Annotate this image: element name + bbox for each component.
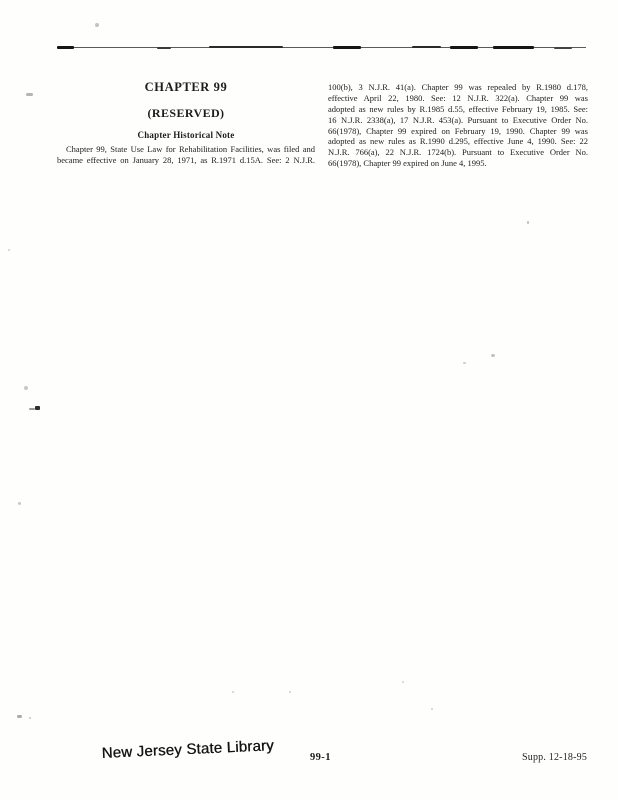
historical-note-text-line: 66(1978), Chapter 99 expired on February… <box>328 126 588 137</box>
historical-note-text-line: effective April 22, 1980. See: 12 N.J.R.… <box>328 93 588 104</box>
ink-blob <box>450 46 478 49</box>
page-number: 99-1 <box>310 752 331 763</box>
historical-note-text-line: adopted as new rules by R.1985 d.55, eff… <box>328 104 588 115</box>
scan-speck <box>24 386 28 390</box>
scan-speck <box>17 715 22 718</box>
supplement-date: Supp. 12-18-95 <box>522 752 587 763</box>
right-column: 100(b), 3 N.J.R. 41(a). Chapter 99 was r… <box>328 82 588 169</box>
historical-note-text-line: became effective on January 28, 1971, as… <box>57 155 315 166</box>
scan-speck <box>527 221 529 224</box>
historical-note-text-line: adopted as new rules as R.1990 d.295, ef… <box>328 136 588 147</box>
historical-note-text-line: 16 N.J.R. 2338(a), 17 N.J.R. 453(a). Pur… <box>328 115 588 126</box>
ink-blob <box>57 46 74 49</box>
scan-speck <box>26 93 33 96</box>
ink-blob <box>333 46 361 49</box>
historical-note-heading: Chapter Historical Note <box>57 130 315 140</box>
scan-speck <box>289 691 291 693</box>
scan-speck <box>463 362 466 364</box>
scan-speck <box>232 691 234 693</box>
scan-speck <box>95 23 99 27</box>
historical-note-text-line: Chapter 99, State Use Law for Rehabilita… <box>57 144 315 155</box>
ink-blob <box>554 47 572 49</box>
scan-speck <box>402 681 404 683</box>
header-rule <box>57 47 586 48</box>
scan-speck <box>431 708 433 710</box>
ink-blob <box>157 47 171 49</box>
historical-note-text-line: 100(b), 3 N.J.R. 41(a). Chapter 99 was r… <box>328 82 588 93</box>
ink-blob <box>412 46 441 48</box>
chapter-title: CHAPTER 99 <box>57 80 315 95</box>
scan-speck <box>29 717 31 719</box>
historical-note-text-line: N.J.R. 766(a), 22 N.J.R. 1724(b). Pursua… <box>328 147 588 158</box>
left-column: CHAPTER 99 (RESERVED) Chapter Historical… <box>57 80 315 166</box>
ink-blob <box>493 46 534 49</box>
historical-note-text-line: 66(1978), Chapter 99 expired on June 4, … <box>328 158 588 169</box>
scan-speck <box>18 502 21 505</box>
scanned-document-page: CHAPTER 99 (RESERVED) Chapter Historical… <box>0 0 618 800</box>
library-ownership-stamp: New Jersey State Library <box>101 737 274 762</box>
reserved-label: (RESERVED) <box>57 106 315 121</box>
scan-speck <box>8 249 10 251</box>
ink-blob <box>209 46 283 48</box>
scan-speck <box>35 406 40 410</box>
scan-speck <box>491 354 495 357</box>
